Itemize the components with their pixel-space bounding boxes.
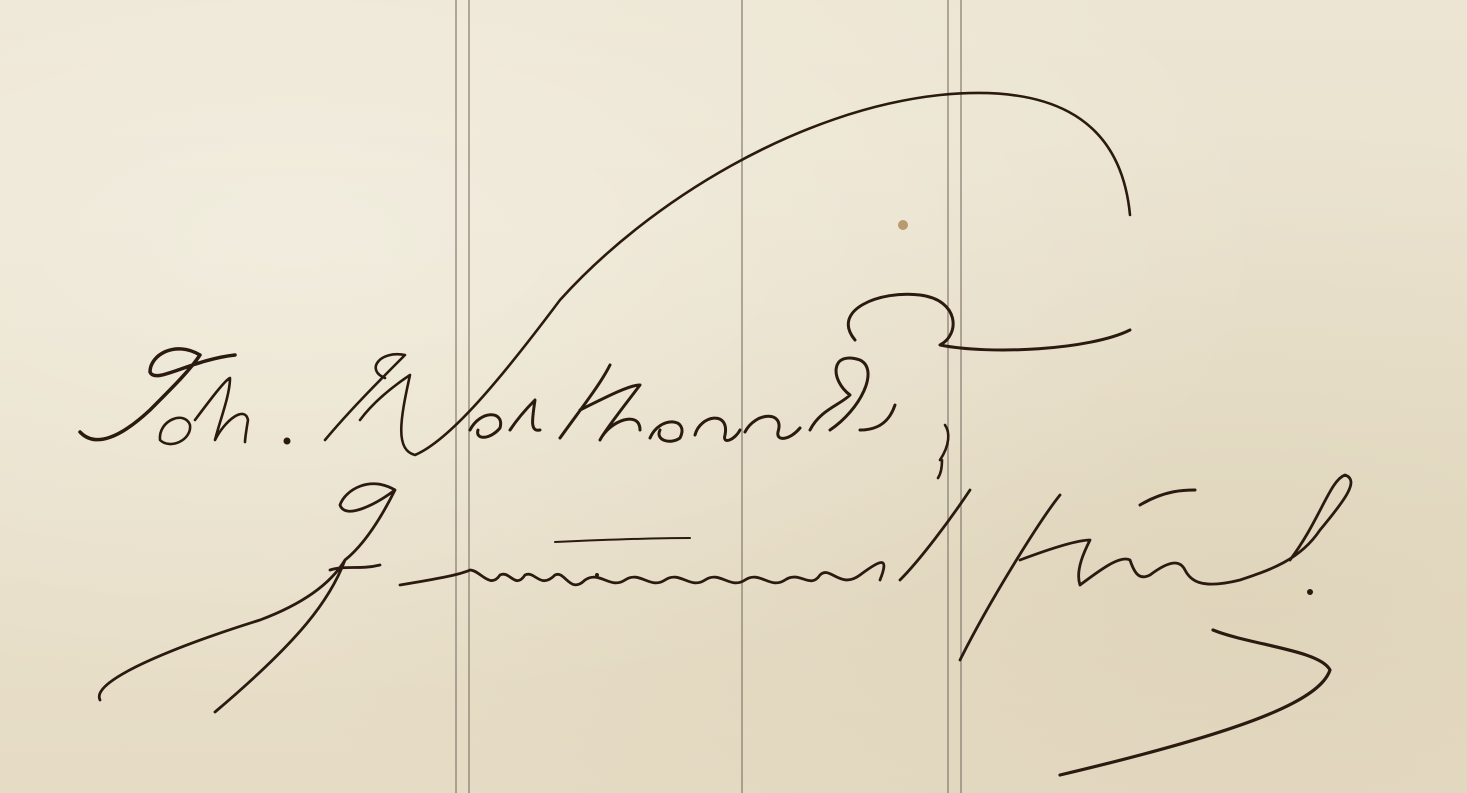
- period-dot: [284, 438, 291, 445]
- signature-ink: [0, 0, 1467, 793]
- stroke-surname: [470, 358, 895, 441]
- document-page: Joh. Weithaar, Zimmermeister.: [0, 0, 1467, 793]
- stroke-end-flourish: [1060, 630, 1330, 775]
- stroke-w: [325, 93, 1130, 455]
- stroke-h: [195, 378, 248, 442]
- stroke-occupation: [400, 475, 1351, 660]
- stroke-j: [80, 349, 235, 440]
- i-dot: [595, 573, 599, 577]
- faint-mark: [555, 538, 690, 542]
- stroke-t-bar: [1140, 490, 1195, 505]
- stroke-flourish-loop: [848, 294, 1130, 350]
- period-dot: [1307, 589, 1313, 595]
- stroke-comma: [938, 425, 948, 478]
- stroke-o: [160, 418, 190, 444]
- stroke-z: [99, 484, 395, 712]
